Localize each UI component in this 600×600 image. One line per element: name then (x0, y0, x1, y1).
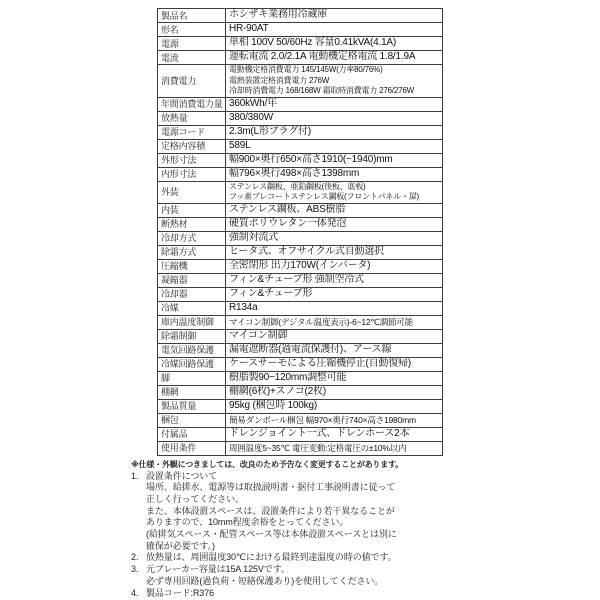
spec-label: 年間消費電力量 (158, 97, 226, 111)
spec-table: 製品名ホシザキ業務用冷蔵庫形名HR-90AT電源単相 100V 50/60Hz … (157, 8, 443, 456)
spec-value: 電動機定格消費電力 145/145W(力率80/76%)電熱装置定格消費電力 2… (226, 65, 443, 98)
spec-label: 消費電力 (158, 65, 226, 98)
spec-label: 凝縮器 (158, 273, 226, 287)
spec-value: ステンレス鋼板、ABS樹脂 (226, 203, 443, 217)
spec-label: 付属品 (158, 427, 226, 441)
spec-value: HR-90AT (226, 23, 443, 37)
spec-value: ケースサーモによる圧縮機停止(自動復帰) (226, 357, 443, 371)
spec-value-line: 冷却時消費電力 168/168W 霜取時消費電力 276/276W (229, 86, 439, 97)
spec-value: 運転電流 2.0/2.1A 電動機定格電流 1.8/1.9A (226, 51, 443, 65)
note-item: 1.設置条件について場所、給排水、電源等は取扱説明書・据付工事説明書に従って正し… (131, 471, 476, 553)
spec-label: 定格内容積 (158, 139, 226, 153)
spec-label: 形名 (158, 23, 226, 37)
note-number: 2. (131, 552, 146, 564)
spec-row: 定格内容積589L (158, 139, 443, 153)
note-line: 元ブレーカー容量は15A 125Vです。 (146, 564, 476, 576)
spec-value: 幅900×奥行650×高さ1910(~1940)mm (226, 153, 443, 167)
note-lines: 放熱量は、周囲温度30℃における最終到達温度の時の値です。 (146, 552, 476, 564)
spec-value-line: 電熱装置定格消費電力 276W (229, 76, 439, 87)
spec-row: 内形寸法幅796×奥行498×高さ1398mm (158, 167, 443, 181)
spec-row: 棚網棚網(6枚)+スノコ(2枚) (158, 385, 443, 399)
spec-row: 製品質量95kg (梱包時 100kg) (158, 399, 443, 413)
note-line: ありますので、10mm程度余裕をとってください。 (146, 517, 476, 529)
spec-label: 放熱量 (158, 111, 226, 125)
spec-row: 年間消費電力量360kWh/年 (158, 97, 443, 111)
spec-row: 除霜方式ヒータ式、オフサイクル式自動選択 (158, 245, 443, 259)
spec-label: 冷却方式 (158, 231, 226, 245)
spec-row: 外形寸法幅900×奥行650×高さ1910(~1940)mm (158, 153, 443, 167)
spec-label: 除霜方式 (158, 245, 226, 259)
note-lines: 元ブレーカー容量は15A 125Vです。必ず専用回路(過負荷・短絡保護あり)を使… (146, 564, 476, 587)
spec-row: 外装ステンレス鋼板、亜鉛鋼板(後板、底板)フッ素プレコートステンレス鋼板(フロン… (158, 181, 443, 203)
spec-label: 棚網 (158, 385, 226, 399)
note-item: 2.放熱量は、周囲温度30℃における最終到達温度の時の値です。 (131, 552, 476, 564)
spec-value: 380/380W (226, 111, 443, 125)
spec-value: 周囲温度5~35℃ 電圧変動:定格電圧の±10%以内 (226, 441, 443, 455)
spec-row: 脚樹脂製90~120mm調整可能 (158, 371, 443, 385)
spec-label: 製品名 (158, 9, 226, 23)
spec-value-line: ステンレス鋼板、亜鉛鋼板(後板、底板) (229, 182, 439, 193)
spec-row: 冷却方式強制対流式 (158, 231, 443, 245)
spec-value: 簡易ダンボール梱包 幅970×奥行740×高さ1980mm (226, 413, 443, 427)
spec-row: 除霜制御マイコン制御 (158, 329, 443, 343)
spec-row: 製品名ホシザキ業務用冷蔵庫 (158, 9, 443, 23)
spec-row: 使用条件周囲温度5~35℃ 電圧変動:定格電圧の±10%以内 (158, 441, 443, 455)
note-list: 1.設置条件について場所、給排水、電源等は取扱説明書・据付工事説明書に従って正し… (131, 471, 476, 600)
spec-label: 電気回路保護 (158, 343, 226, 357)
spec-value: 全密閉形 出力170W(インバータ) (226, 259, 443, 273)
spec-label: 脚 (158, 371, 226, 385)
spec-label: 内形寸法 (158, 167, 226, 181)
spec-label: 冷媒 (158, 301, 226, 315)
spec-row: 消費電力電動機定格消費電力 145/145W(力率80/76%)電熱装置定格消費… (158, 65, 443, 98)
spec-label: 電源 (158, 37, 226, 51)
spec-label: 除霜制御 (158, 329, 226, 343)
note-line: (給排気スペース・配管スペース等は本体設置スペースとは別に (146, 529, 476, 541)
spec-row: 梱包簡易ダンボール梱包 幅970×奥行740×高さ1980mm (158, 413, 443, 427)
spec-value: 幅796×奥行498×高さ1398mm (226, 167, 443, 181)
spec-row: 電源コード2.3m(L形プラグ付) (158, 125, 443, 139)
note-line: 確保が必要です。) (146, 541, 476, 553)
spec-value: 棚網(6枚)+スノコ(2枚) (226, 385, 443, 399)
spec-label: 断熱材 (158, 217, 226, 231)
spec-label: 冷却器 (158, 287, 226, 301)
spec-row: 内装ステンレス鋼板、ABS樹脂 (158, 203, 443, 217)
note-number: 3. (131, 564, 146, 587)
note-line: 場所、給排水、電源等は取扱説明書・据付工事説明書に従って (146, 482, 476, 494)
spec-value: マイコン制御(デジタル温度表示)-6~12℃調節可能 (226, 315, 443, 329)
spec-value: 強制対流式 (226, 231, 443, 245)
spec-value: ヒータ式、オフサイクル式自動選択 (226, 245, 443, 259)
spec-value: ホシザキ業務用冷蔵庫 (226, 9, 443, 23)
note-number: 4. (131, 588, 146, 600)
spec-value: 95kg (梱包時 100kg) (226, 399, 443, 413)
spec-value: R134a (226, 301, 443, 315)
spec-value: 漏電遮断器(過電流保護付)、アース線 (226, 343, 443, 357)
spec-value: ドレンジョイント一式、ドレンホース2本 (226, 427, 443, 441)
spec-value: フィン&チューブ形 強制空冷式 (226, 273, 443, 287)
spec-value: 589L (226, 139, 443, 153)
spec-row: 凝縮器フィン&チューブ形 強制空冷式 (158, 273, 443, 287)
spec-label: 使用条件 (158, 441, 226, 455)
spec-label: 庫内温度制御 (158, 315, 226, 329)
spec-row: 電源単相 100V 50/60Hz 容量0.41kVA(4.1A) (158, 37, 443, 51)
note-line: 製品コード:R376 (146, 588, 476, 600)
spec-row: 断熱材硬質ポリウレタン一体発泡 (158, 217, 443, 231)
note-line: 正しく行ってください。 (146, 494, 476, 506)
disclaimer-note: ※仕様・外観につきましては、改良のため予告なく変更することがあります。 (131, 459, 476, 471)
spec-row: 冷媒R134a (158, 301, 443, 315)
note-line: また、本体設置スペースは、設置条件により若干異なることが (146, 506, 476, 518)
spec-value: フィン&チューブ形 (226, 287, 443, 301)
note-item: 3.元ブレーカー容量は15A 125Vです。必ず専用回路(過負荷・短絡保護あり)… (131, 564, 476, 587)
spec-label: 外形寸法 (158, 153, 226, 167)
spec-label: 冷媒回路保護 (158, 357, 226, 371)
spec-label: 電源コード (158, 125, 226, 139)
spec-row: 電流運転電流 2.0/2.1A 電動機定格電流 1.8/1.9A (158, 51, 443, 65)
spec-row: 電気回路保護漏電遮断器(過電流保護付)、アース線 (158, 343, 443, 357)
spec-value: 2.3m(L形プラグ付) (226, 125, 443, 139)
spec-row: 形名HR-90AT (158, 23, 443, 37)
note-line: 必ず専用回路(過負荷・短絡保護あり)を使用してください。 (146, 576, 476, 588)
spec-value-line: フッ素プレコートステンレス鋼板(フロントパネル・扉) (229, 192, 439, 203)
spec-value: 硬質ポリウレタン一体発泡 (226, 217, 443, 231)
spec-value: 樹脂製90~120mm調整可能 (226, 371, 443, 385)
note-item: 4.製品コード:R376 (131, 588, 476, 600)
notes-section: ※仕様・外観につきましては、改良のため予告なく変更することがあります。 1.設置… (131, 459, 476, 599)
spec-row: 圧縮機全密閉形 出力170W(インバータ) (158, 259, 443, 273)
spec-label: 電流 (158, 51, 226, 65)
spec-label: 外装 (158, 181, 226, 203)
spec-label: 圧縮機 (158, 259, 226, 273)
note-line: 放熱量は、周囲温度30℃における最終到達温度の時の値です。 (146, 552, 476, 564)
note-line: 設置条件について (146, 471, 476, 483)
spec-label: 内装 (158, 203, 226, 217)
spec-row: 放熱量380/380W (158, 111, 443, 125)
spec-row: 庫内温度制御マイコン制御(デジタル温度表示)-6~12℃調節可能 (158, 315, 443, 329)
note-number: 1. (131, 471, 146, 553)
spec-value: ステンレス鋼板、亜鉛鋼板(後板、底板)フッ素プレコートステンレス鋼板(フロントパ… (226, 181, 443, 203)
spec-label: 梱包 (158, 413, 226, 427)
spec-value: マイコン制御 (226, 329, 443, 343)
note-lines: 設置条件について場所、給排水、電源等は取扱説明書・据付工事説明書に従って正しく行… (146, 471, 476, 553)
spec-value: 単相 100V 50/60Hz 容量0.41kVA(4.1A) (226, 37, 443, 51)
spec-row: 冷媒回路保護ケースサーモによる圧縮機停止(自動復帰) (158, 357, 443, 371)
spec-sheet: 製品名ホシザキ業務用冷蔵庫形名HR-90AT電源単相 100V 50/60Hz … (0, 0, 600, 600)
spec-row: 冷却器フィン&チューブ形 (158, 287, 443, 301)
spec-value-line: 電動機定格消費電力 145/145W(力率80/76%) (229, 65, 439, 76)
spec-label: 製品質量 (158, 399, 226, 413)
spec-row: 付属品ドレンジョイント一式、ドレンホース2本 (158, 427, 443, 441)
note-lines: 製品コード:R376 (146, 588, 476, 600)
spec-value: 360kWh/年 (226, 97, 443, 111)
